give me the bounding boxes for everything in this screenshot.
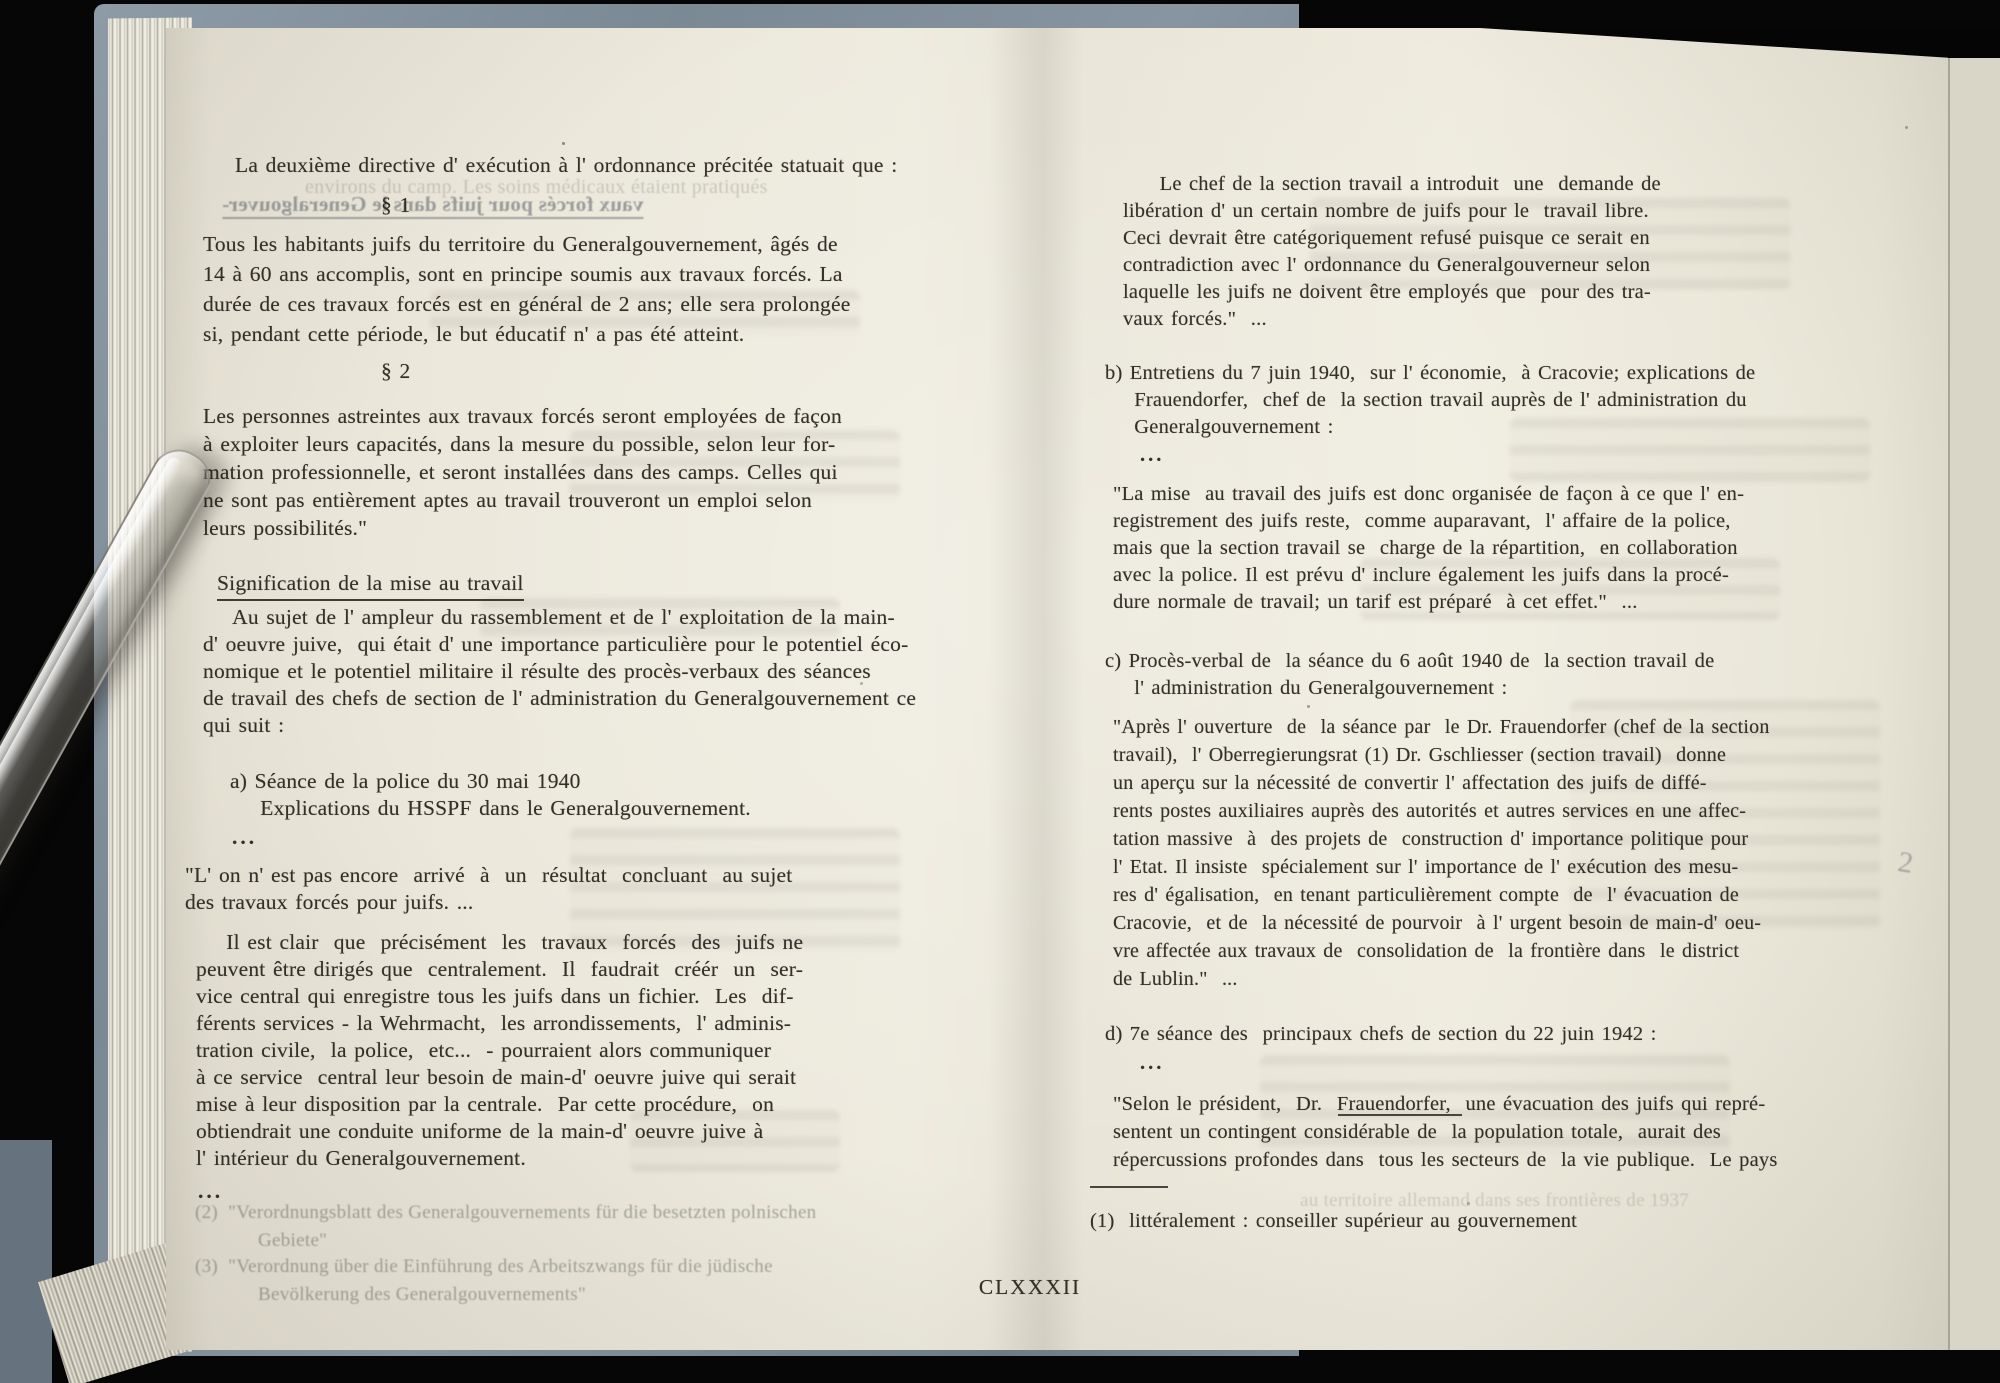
- ghost-footnote-2b: Gebiete": [258, 1230, 327, 1252]
- text-line: peuvent être dirigés que centralement. I…: [196, 956, 803, 983]
- text-line: mation professionnelle, et seront instal…: [203, 458, 842, 486]
- quote-a-2: Il est clair que précisément les travaux…: [196, 929, 803, 1172]
- section-heading: Signification de la mise au travail: [217, 568, 524, 598]
- text-line: d) 7e séance des principaux chefs de sec…: [1105, 1021, 1657, 1048]
- text-line: Les personnes astreintes aux travaux for…: [203, 402, 842, 430]
- text-line: ne sont pas entièrement aptes au travail…: [203, 486, 842, 514]
- section-2-label: § 2: [381, 356, 410, 386]
- text-line: La deuxième directive d' exécution à l' …: [235, 150, 897, 180]
- text-line: Le chef de la section travail a introdui…: [1123, 171, 1661, 198]
- text-line: mise à leur disposition par la centrale.…: [196, 1091, 803, 1118]
- text-line: b) Entretiens du 7 juin 1940, sur l' éco…: [1105, 360, 1755, 387]
- text-line: à exploiter leurs capacités, dans la mes…: [203, 430, 842, 458]
- text-line: férents services - la Wehrmacht, les arr…: [196, 1010, 803, 1037]
- ellipsis: ...: [1140, 440, 1164, 470]
- text-line: qui suit :: [203, 712, 916, 739]
- ellipsis: ...: [232, 822, 257, 852]
- text-line: d' oeuvre juive, qui était d' une import…: [203, 631, 916, 658]
- text-line: rents postes auxiliaires auprès des auto…: [1113, 797, 1770, 825]
- text-line: dure normale de travail; un tarif est pr…: [1113, 589, 1744, 616]
- text-line: répercussions profondes dans tous les se…: [1113, 1146, 1778, 1174]
- text-line: l' administration du Generalgouvernement…: [1105, 675, 1714, 702]
- text-line: avec la police. Il est prévu d' inclure …: [1113, 562, 1744, 589]
- text-line: de travail des chefs de section de l' ad…: [203, 685, 916, 712]
- text-line: "La mise au travail des juifs est donc o…: [1113, 481, 1744, 508]
- statute-paragraph-1: Tous les habitants juifs du territoire d…: [203, 229, 850, 349]
- frauendorfer-underline: [1338, 1114, 1462, 1116]
- heading-underlined: Signification de la mise au travail: [217, 571, 524, 601]
- text-line: Tous les habitants juifs du territoire d…: [203, 229, 850, 259]
- text-line: l' Etat. Il insiste spécialement sur l' …: [1113, 853, 1770, 881]
- text-line: l' intérieur du Generalgouvernement.: [196, 1145, 803, 1172]
- ellipsis: ...: [198, 1176, 223, 1206]
- text-line: un aperçu sur la nécessité de convertir …: [1113, 769, 1770, 797]
- page-gutter-shadow: [988, 28, 1084, 1350]
- text-line: Au sujet de l' ampleur du rassemblement …: [203, 604, 916, 631]
- text-line: mais que la section travail se charge de…: [1113, 535, 1744, 562]
- text-line: libération d' un certain nombre de juifs…: [1123, 198, 1661, 225]
- text-line: c) Procès-verbal de la séance du 6 août …: [1105, 648, 1714, 675]
- context-paragraph: Au sujet de l' ampleur du rassemblement …: [203, 604, 916, 739]
- quote-d: "Selon le président, Dr. Frauendorfer, u…: [1113, 1090, 1778, 1174]
- item-c: c) Procès-verbal de la séance du 6 août …: [1105, 648, 1714, 702]
- text-line: à ce service central leur besoin de main…: [196, 1064, 803, 1091]
- book-cover-bottom-edge: [0, 1140, 52, 1383]
- text-line: Generalgouvernement :: [1105, 414, 1755, 441]
- text-line: nomique et le potentiel militaire il rés…: [203, 658, 916, 685]
- quote-a-continued: Le chef de la section travail a introdui…: [1123, 171, 1661, 333]
- text-line: registrement des juifs reste, comme aupa…: [1113, 508, 1744, 535]
- statute-paragraph-2: Les personnes astreintes aux travaux for…: [203, 402, 842, 542]
- text-line: res d' égalisation, en tenant particuliè…: [1113, 881, 1770, 909]
- text-line: des travaux forcés pour juifs. ...: [185, 889, 792, 916]
- text-line: travail), l' Oberregierungsrat (1) Dr. G…: [1113, 741, 1770, 769]
- ghost-footnote-3b: Bevölkerung des Generalgouvernements": [258, 1284, 586, 1306]
- text-line: de Lublin." ...: [1113, 965, 1770, 993]
- quote-a-1: "L' on n' est pas encore arrivé à un rés…: [185, 862, 792, 916]
- text-line: Il est clair que précisément les travaux…: [196, 929, 803, 956]
- text-line: a) Séance de la police du 30 mai 1940: [230, 768, 751, 795]
- text-line: "Après l' ouverture de la séance par le …: [1113, 713, 1770, 741]
- dust-specks: [562, 142, 565, 145]
- intro-line: La deuxième directive d' exécution à l' …: [235, 150, 897, 180]
- text-line: 14 à 60 ans accomplis, sont en principe …: [203, 259, 850, 289]
- text-line: Ceci devrait être catégoriquement refusé…: [1123, 225, 1661, 252]
- text-line: durée de ces travaux forcés est en génér…: [203, 289, 850, 319]
- text-line: Explications du HSSPF dans le Generalgou…: [230, 795, 751, 822]
- text-line: Frauendorfer, chef de la section travail…: [1105, 387, 1755, 414]
- quote-b: "La mise au travail des juifs est donc o…: [1113, 481, 1744, 616]
- text-line: contradiction avec l' ordonnance du Gene…: [1123, 252, 1661, 279]
- text-line: tration civile, la police, etc... - pour…: [196, 1037, 803, 1064]
- quote-c: "Après l' ouverture de la séance par le …: [1113, 713, 1770, 993]
- scanned-book-photo: environs du camp. Les soins médicaux éta…: [0, 0, 2000, 1383]
- text-line: sentent un contingent considérable de la…: [1113, 1118, 1778, 1146]
- text-line: vice central qui enregistre tous les jui…: [196, 983, 803, 1010]
- text-line: obtiendrait une conduite uniforme de la …: [196, 1118, 803, 1145]
- text-line: tation massive à des projets de construc…: [1113, 825, 1770, 853]
- text-line: vre affectée aux travaux de consolidatio…: [1113, 937, 1770, 965]
- item-b: b) Entretiens du 7 juin 1940, sur l' éco…: [1105, 360, 1755, 441]
- text-line: leurs possibilités.": [203, 514, 842, 542]
- text-line: si, pendant cette période, le but éducat…: [203, 319, 850, 349]
- ghost-footnote-3: (3) "Verordnung über die Einführung des …: [195, 1256, 773, 1278]
- page-number: CLXXXII: [955, 1272, 1105, 1302]
- right-page-fore-edge: [1948, 58, 2000, 1350]
- footnote: (1) littéralement : conseiller supérieur…: [1090, 1206, 1577, 1236]
- text-line: Cracovie, et de la nécessité de pourvoir…: [1113, 909, 1770, 937]
- item-a: a) Séance de la police du 30 mai 1940 Ex…: [230, 768, 751, 822]
- section-1-label: § 1: [381, 190, 410, 220]
- ghost-title-mirrored: vaux forcés pour juifs dans le Generalgo…: [222, 192, 643, 219]
- ellipsis: ...: [1140, 1048, 1164, 1078]
- footnote-rule: [1090, 1186, 1168, 1188]
- ghost-footnote-2: (2) "Verordnungsblatt des Generalgouvern…: [195, 1202, 816, 1224]
- item-d: d) 7e séance des principaux chefs de sec…: [1105, 1021, 1657, 1048]
- text-line: vaux forcés." ...: [1123, 306, 1661, 333]
- text-line: laquelle les juifs ne doivent être emplo…: [1123, 279, 1661, 306]
- text-line: "L' on n' est pas encore arrivé à un rés…: [185, 862, 792, 889]
